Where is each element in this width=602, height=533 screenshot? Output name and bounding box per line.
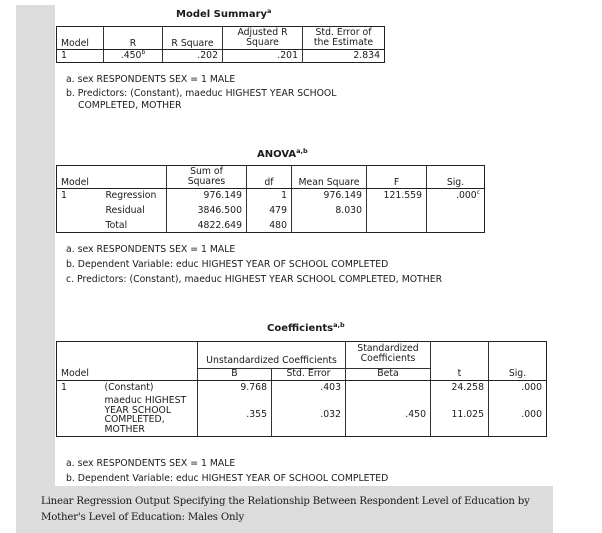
anova-title-sup: a,b <box>296 147 308 155</box>
header-adj-r-square: Adjusted RSquare <box>223 27 303 50</box>
cell-beta: .450 <box>346 393 431 437</box>
left-margin-strip <box>16 5 55 533</box>
header-ss-line2: Squares <box>171 177 242 187</box>
cell-b: 9.768 <box>198 381 272 394</box>
cell-model: 1 <box>57 50 104 63</box>
model-summary-title-sup: a <box>267 7 271 15</box>
table-row: Residual 3846.500 479 8.030 <box>57 201 485 216</box>
cell-f: 121.559 <box>367 189 427 202</box>
cell-r: .450b <box>104 50 163 63</box>
coefficients-title: Coefficientsa,b <box>267 321 345 334</box>
cell-sig <box>427 216 485 233</box>
footnote-a: a. sex RESPONDENTS SEX = 1 MALE <box>66 457 388 470</box>
cell-f <box>367 201 427 216</box>
cell-df: 480 <box>247 216 292 233</box>
cell-model <box>57 216 102 233</box>
header-model: Model <box>57 166 167 189</box>
cell-model: 1 <box>57 189 102 202</box>
cell-model <box>57 393 101 437</box>
header-model: Model <box>57 27 104 50</box>
anova-title-text: ANOVA <box>257 149 296 160</box>
cell-predictor: maeduc HIGHEST YEAR SCHOOL COMPLETED, MO… <box>101 393 198 437</box>
cell-r-sup: b <box>141 49 145 56</box>
table-row: 1 Regression 976.149 1 976.149 121.559 .… <box>57 189 485 202</box>
header-se-line2: the Estimate <box>307 38 380 48</box>
cell-predictor: (Constant) <box>101 381 198 394</box>
cell-b: .355 <box>198 393 272 437</box>
cell-f <box>367 216 427 233</box>
predictor-line4: MOTHER <box>105 425 194 435</box>
cell-beta <box>346 381 431 394</box>
cell-sig: .000c <box>427 189 485 202</box>
coefficients-title-text: Coefficients <box>267 323 333 334</box>
figure-caption: Linear Regression Output Specifying the … <box>41 494 546 526</box>
coefficients-footnotes: a. sex RESPONDENTS SEX = 1 MALE b. Depen… <box>66 457 388 487</box>
footnote-b-line1: b. Predictors: (Constant), maeduc HIGHES… <box>66 88 336 100</box>
cell-sig-sup: c <box>477 189 480 196</box>
header-t: t <box>431 342 489 381</box>
header-f: F <box>367 166 427 189</box>
model-summary-footnotes: a. sex RESPONDENTS SEX = 1 MALE b. Predi… <box>66 74 336 114</box>
header-model: Model <box>57 342 198 381</box>
header-std-line2: Coefficients <box>350 354 426 364</box>
table-row: Total 4822.649 480 <box>57 216 485 233</box>
cell-std-error: .032 <box>272 393 346 437</box>
cell-r-value: .450 <box>121 50 142 61</box>
header-sum-of-squares: Sum ofSquares <box>167 166 247 189</box>
header-df: df <box>247 166 292 189</box>
anova-title: ANOVAa,b <box>257 147 308 160</box>
cell-sum-of-squares: 976.149 <box>167 189 247 202</box>
header-std-error: Std. Error ofthe Estimate <box>303 27 385 50</box>
cell-model: 1 <box>57 381 101 394</box>
cell-source: Total <box>102 216 167 233</box>
cell-t: 11.025 <box>431 393 489 437</box>
header-sig: Sig. <box>427 166 485 189</box>
cell-std-error: .403 <box>272 381 346 394</box>
header-beta: Beta <box>346 369 431 381</box>
cell-source: Residual <box>102 201 167 216</box>
cell-sum-of-squares: 4822.649 <box>167 216 247 233</box>
header-unstandardized: Unstandardized Coefficients <box>198 342 346 369</box>
header-adj-line2: Square <box>227 38 298 48</box>
coefficients-table: Model Unstandardized Coefficients Standa… <box>56 341 547 437</box>
header-b: B <box>198 369 272 381</box>
anova-header-row: Model Sum ofSquares df Mean Square F Sig… <box>57 166 485 189</box>
cell-t: 24.258 <box>431 381 489 394</box>
footnote-c: c. Predictors: (Constant), maeduc HIGHES… <box>66 273 442 286</box>
footnote-b: b. Dependent Variable: educ HIGHEST YEAR… <box>66 472 388 485</box>
model-summary-header-row: Model R R Square Adjusted RSquare Std. E… <box>57 27 385 50</box>
model-summary-title-text: Model Summary <box>176 9 267 20</box>
header-sig: Sig. <box>489 342 547 381</box>
anova-footnotes: a. sex RESPONDENTS SEX = 1 MALE b. Depen… <box>66 243 442 288</box>
table-row: maeduc HIGHEST YEAR SCHOOL COMPLETED, MO… <box>57 393 547 437</box>
coefficients-title-sup: a,b <box>333 321 345 329</box>
cell-adj-r-square: .201 <box>223 50 303 63</box>
cell-df: 479 <box>247 201 292 216</box>
footnote-b-line2: COMPLETED, MOTHER <box>66 100 336 112</box>
header-standardized: StandardizedCoefficients <box>346 342 431 369</box>
table-row: 1 (Constant) 9.768 .403 24.258 .000 <box>57 381 547 394</box>
cell-sig-value: .000 <box>456 190 477 201</box>
cell-sig <box>427 201 485 216</box>
header-r: R <box>104 27 163 50</box>
cell-mean-square: 976.149 <box>292 189 367 202</box>
footnote-a: a. sex RESPONDENTS SEX = 1 MALE <box>66 74 336 86</box>
header-std-error: Std. Error <box>272 369 346 381</box>
coefficients-header-row-1: Model Unstandardized Coefficients Standa… <box>57 342 547 369</box>
cell-mean-square: 8.030 <box>292 201 367 216</box>
cell-df: 1 <box>247 189 292 202</box>
header-r-square: R Square <box>163 27 223 50</box>
header-mean-square: Mean Square <box>292 166 367 189</box>
cell-r-square: .202 <box>163 50 223 63</box>
cell-sig: .000 <box>489 393 547 437</box>
footnote-a: a. sex RESPONDENTS SEX = 1 MALE <box>66 243 442 256</box>
cell-source: Regression <box>102 189 167 202</box>
anova-table: Model Sum ofSquares df Mean Square F Sig… <box>56 165 485 233</box>
cell-sum-of-squares: 3846.500 <box>167 201 247 216</box>
model-summary-table: Model R R Square Adjusted RSquare Std. E… <box>56 26 385 63</box>
model-summary-title: Model Summarya <box>176 7 271 20</box>
cell-std-error: 2.834 <box>303 50 385 63</box>
cell-model <box>57 201 102 216</box>
cell-mean-square <box>292 216 367 233</box>
cell-sig: .000 <box>489 381 547 394</box>
footnote-b: b. Dependent Variable: educ HIGHEST YEAR… <box>66 258 442 271</box>
table-row: 1 .450b .202 .201 2.834 <box>57 50 385 63</box>
